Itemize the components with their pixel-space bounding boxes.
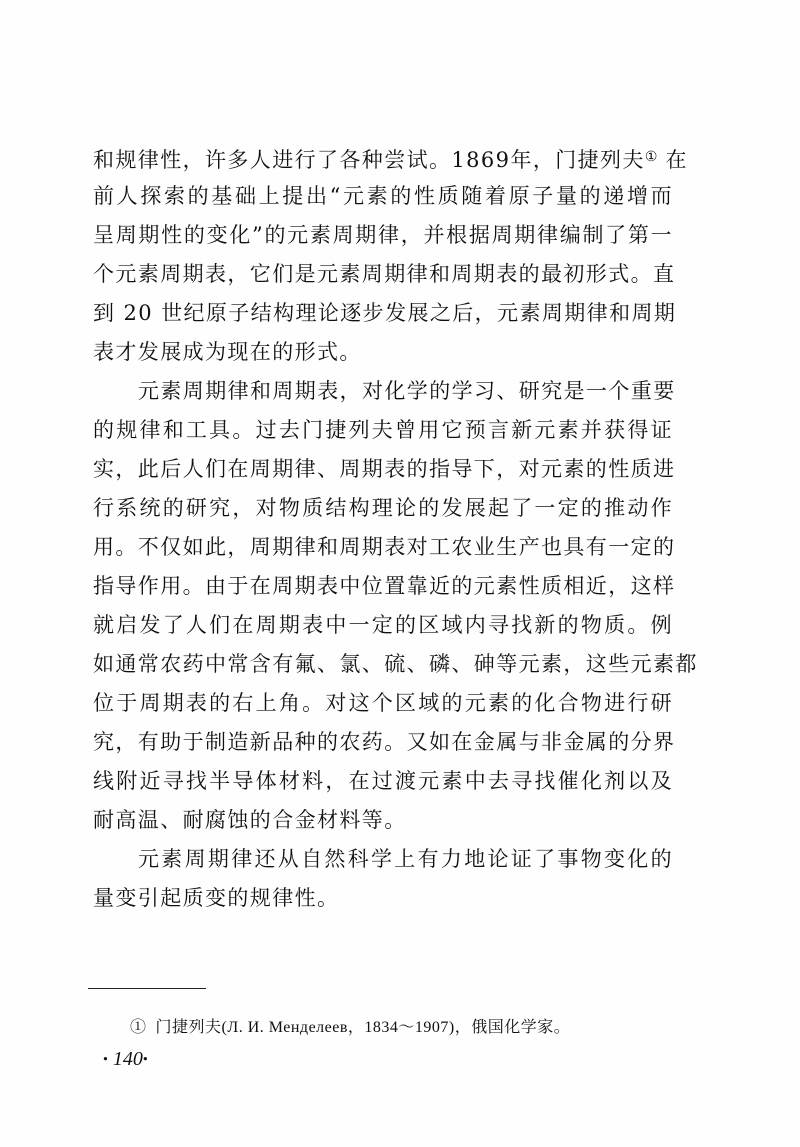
text-line: 究，有助于制造新品种的农药。又如在金属与非金属的分界: [93, 723, 673, 762]
text-line: 线附近寻找半导体材料，在过渡元素中去寻找催化剂以及: [93, 762, 673, 801]
text-line: 行系统的研究，对物质结构理论的发展起了一定的推动作: [93, 489, 673, 528]
text-line: 量变引起质变的规律性。: [93, 879, 673, 918]
footnote-reference[interactable]: ①: [645, 149, 658, 165]
book-page: 和规律性，许多人进行了各种尝试。1869年，门捷列夫① 在 前人探索的基础上提出…: [0, 0, 800, 1147]
text-line: 如通常农药中常含有氟、氯、硫、磷、砷等元素，这些元素都: [93, 645, 673, 684]
footnote-text: 门捷列夫(Л. И. Менделеев，1834～1907)，俄国化学家。: [156, 1019, 571, 1036]
bullet-decor-icon: •: [143, 1052, 148, 1067]
text-line: 位于周期表的右上角。对这个区域的元素的化合物进行研: [93, 684, 673, 723]
text-line: 表才发展成为现在的形式。: [93, 333, 673, 372]
text-line: 指导作用。由于在周期表中位置靠近的元素性质相近，这样: [93, 567, 673, 606]
text-line: 到 20 世纪原子结构理论逐步发展之后，元素周期律和周期: [93, 294, 673, 333]
text-line: 前人探索的基础上提出“元素的性质随着原子量的递增而: [93, 177, 673, 216]
text-line: 个元素周期表，它们是元素周期律和周期表的最初形式。直: [93, 255, 673, 294]
text-line: 实，此后人们在周期律、周期表的指导下，对元素的性质进: [93, 450, 673, 489]
paragraph-start-line: 元素周期律还从自然科学上有力地论证了事物变化的: [93, 840, 673, 879]
paragraph-start-line: 元素周期律和周期表，对化学的学习、研究是一个重要: [93, 372, 673, 411]
page-number-value: 140: [113, 1048, 143, 1070]
text-line: 用。不仅如此，周期律和周期表对工农业生产也具有一定的: [93, 528, 673, 567]
footnote: ① 门捷列夫(Л. И. Менделеев，1834～1907)，俄国化学家。: [130, 1014, 570, 1037]
line-text: 在: [657, 148, 687, 172]
bullet-decor-icon: •: [103, 1052, 108, 1067]
text-line: 就启发了人们在周期表中一定的区域内寻找新的物质。例: [93, 606, 673, 645]
line-text: 和规律性，许多人进行了各种尝试。1869年，门捷列夫: [93, 148, 645, 172]
text-line: 呈周期性的变化”的元素周期律，并根据周期律编制了第一: [93, 216, 673, 255]
footnote-divider: [88, 988, 206, 989]
body-text: 和规律性，许多人进行了各种尝试。1869年，门捷列夫① 在 前人探索的基础上提出…: [93, 138, 673, 918]
text-line: 耐高温、耐腐蚀的合金材料等。: [93, 801, 673, 840]
text-line: 的规律和工具。过去门捷列夫曾用它预言新元素并获得证: [93, 411, 673, 450]
text-line: 和规律性，许多人进行了各种尝试。1869年，门捷列夫① 在: [93, 138, 673, 177]
footnote-mark: ①: [130, 1019, 147, 1036]
page-number: • 140•: [103, 1048, 148, 1071]
